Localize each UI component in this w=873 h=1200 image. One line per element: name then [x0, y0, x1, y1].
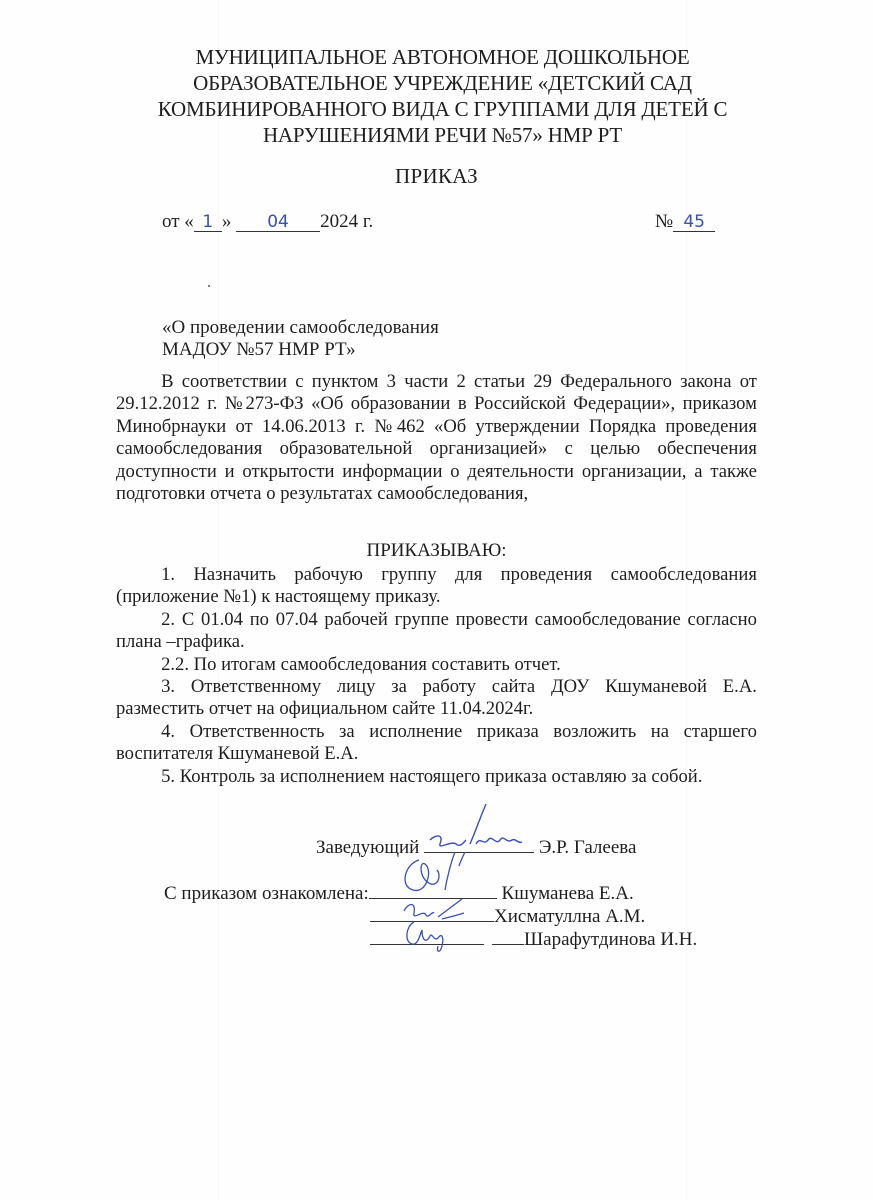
- header-line: КОМБИНИРОВАННОГО ВИДА С ГРУППАМИ ДЛЯ ДЕТ…: [150, 96, 735, 122]
- header-line: МУНИЦИПАЛЬНОЕ АВТОНОМНОЕ ДОШКОЛЬНОЕ: [150, 44, 735, 70]
- date-prefix: от «: [162, 211, 194, 232]
- signature-line: [369, 880, 497, 899]
- order-number: №45: [655, 211, 715, 233]
- signature-line: [370, 903, 494, 922]
- director-signature-block: Заведующий Э.Р. Галеева: [316, 834, 636, 859]
- order-item: 2.2. По итогам самообследования составит…: [116, 654, 757, 676]
- order-item: 3. Ответственному лицу за работу сайта Д…: [116, 676, 757, 721]
- order-item: 2. С 01.04 по 07.04 рабочей группе прове…: [116, 609, 757, 654]
- spacer: [484, 927, 492, 945]
- acknowledgement-label: С приказом ознакомлена:: [164, 883, 369, 904]
- signature-line: [370, 926, 484, 945]
- document-title: ПРИКАЗ: [0, 164, 873, 189]
- order-item: 4. Ответственность за исполнение приказа…: [116, 721, 757, 766]
- header-line: НАРУШЕНИЯМИ РЕЧИ №57» НМР РТ: [150, 122, 735, 148]
- date-mid: »: [222, 211, 232, 232]
- acknowledgement-row: Шарафутдинова И.Н.: [370, 926, 697, 951]
- director-signature-line: [424, 834, 534, 853]
- date-month-handwritten: 04: [236, 213, 320, 232]
- scanned-document-page: МУНИЦИПАЛЬНОЕ АВТОНОМНОЕ ДОШКОЛЬНОЕ ОБРА…: [0, 0, 873, 1200]
- date-day-handwritten: 1: [194, 213, 222, 232]
- acknowledgement-row: Хисматуллна А.М.: [370, 903, 645, 928]
- date-year: 2024 г.: [320, 211, 373, 232]
- number-value-handwritten: 45: [673, 213, 715, 232]
- order-item: 1. Назначить рабочую группу для проведен…: [116, 564, 757, 609]
- acknowledgement-name: Шарафутдинова И.Н.: [524, 929, 697, 950]
- director-position: Заведующий: [316, 837, 419, 858]
- header-line: ОБРАЗОВАТЕЛЬНОЕ УЧРЕЖДЕНИЕ «ДЕТСКИЙ САД: [150, 70, 735, 96]
- subject-line: МАДОУ №57 НМР РТ»: [162, 339, 439, 361]
- signature-line: [492, 926, 524, 945]
- number-prefix: №: [655, 211, 673, 232]
- scan-speck: [208, 285, 210, 287]
- order-item: 5. Контроль за исполнением настоящего пр…: [116, 766, 757, 788]
- order-subject: «О проведении самообследования МАДОУ №57…: [162, 317, 439, 361]
- acknowledgement-name: Кшуманева Е.А.: [502, 883, 634, 904]
- acknowledgement-name: Хисматуллна А.М.: [494, 906, 645, 927]
- preamble-paragraph: В соответствии с пунктом 3 части 2 стать…: [116, 371, 757, 505]
- acknowledgement-row: С приказом ознакомлена: Кшуманева Е.А.: [164, 880, 634, 905]
- subject-line: «О проведении самообследования: [162, 317, 439, 339]
- order-date: от «1» 042024 г.: [162, 211, 373, 233]
- organization-header: МУНИЦИПАЛЬНОЕ АВТОНОМНОЕ ДОШКОЛЬНОЕ ОБРА…: [150, 44, 735, 148]
- order-directive-heading: ПРИКАЗЫВАЮ:: [0, 540, 873, 562]
- director-name: Э.Р. Галеева: [539, 837, 637, 858]
- handwritten-signature-icon: [426, 800, 536, 856]
- order-items-list: 1. Назначить рабочую группу для проведен…: [116, 564, 757, 788]
